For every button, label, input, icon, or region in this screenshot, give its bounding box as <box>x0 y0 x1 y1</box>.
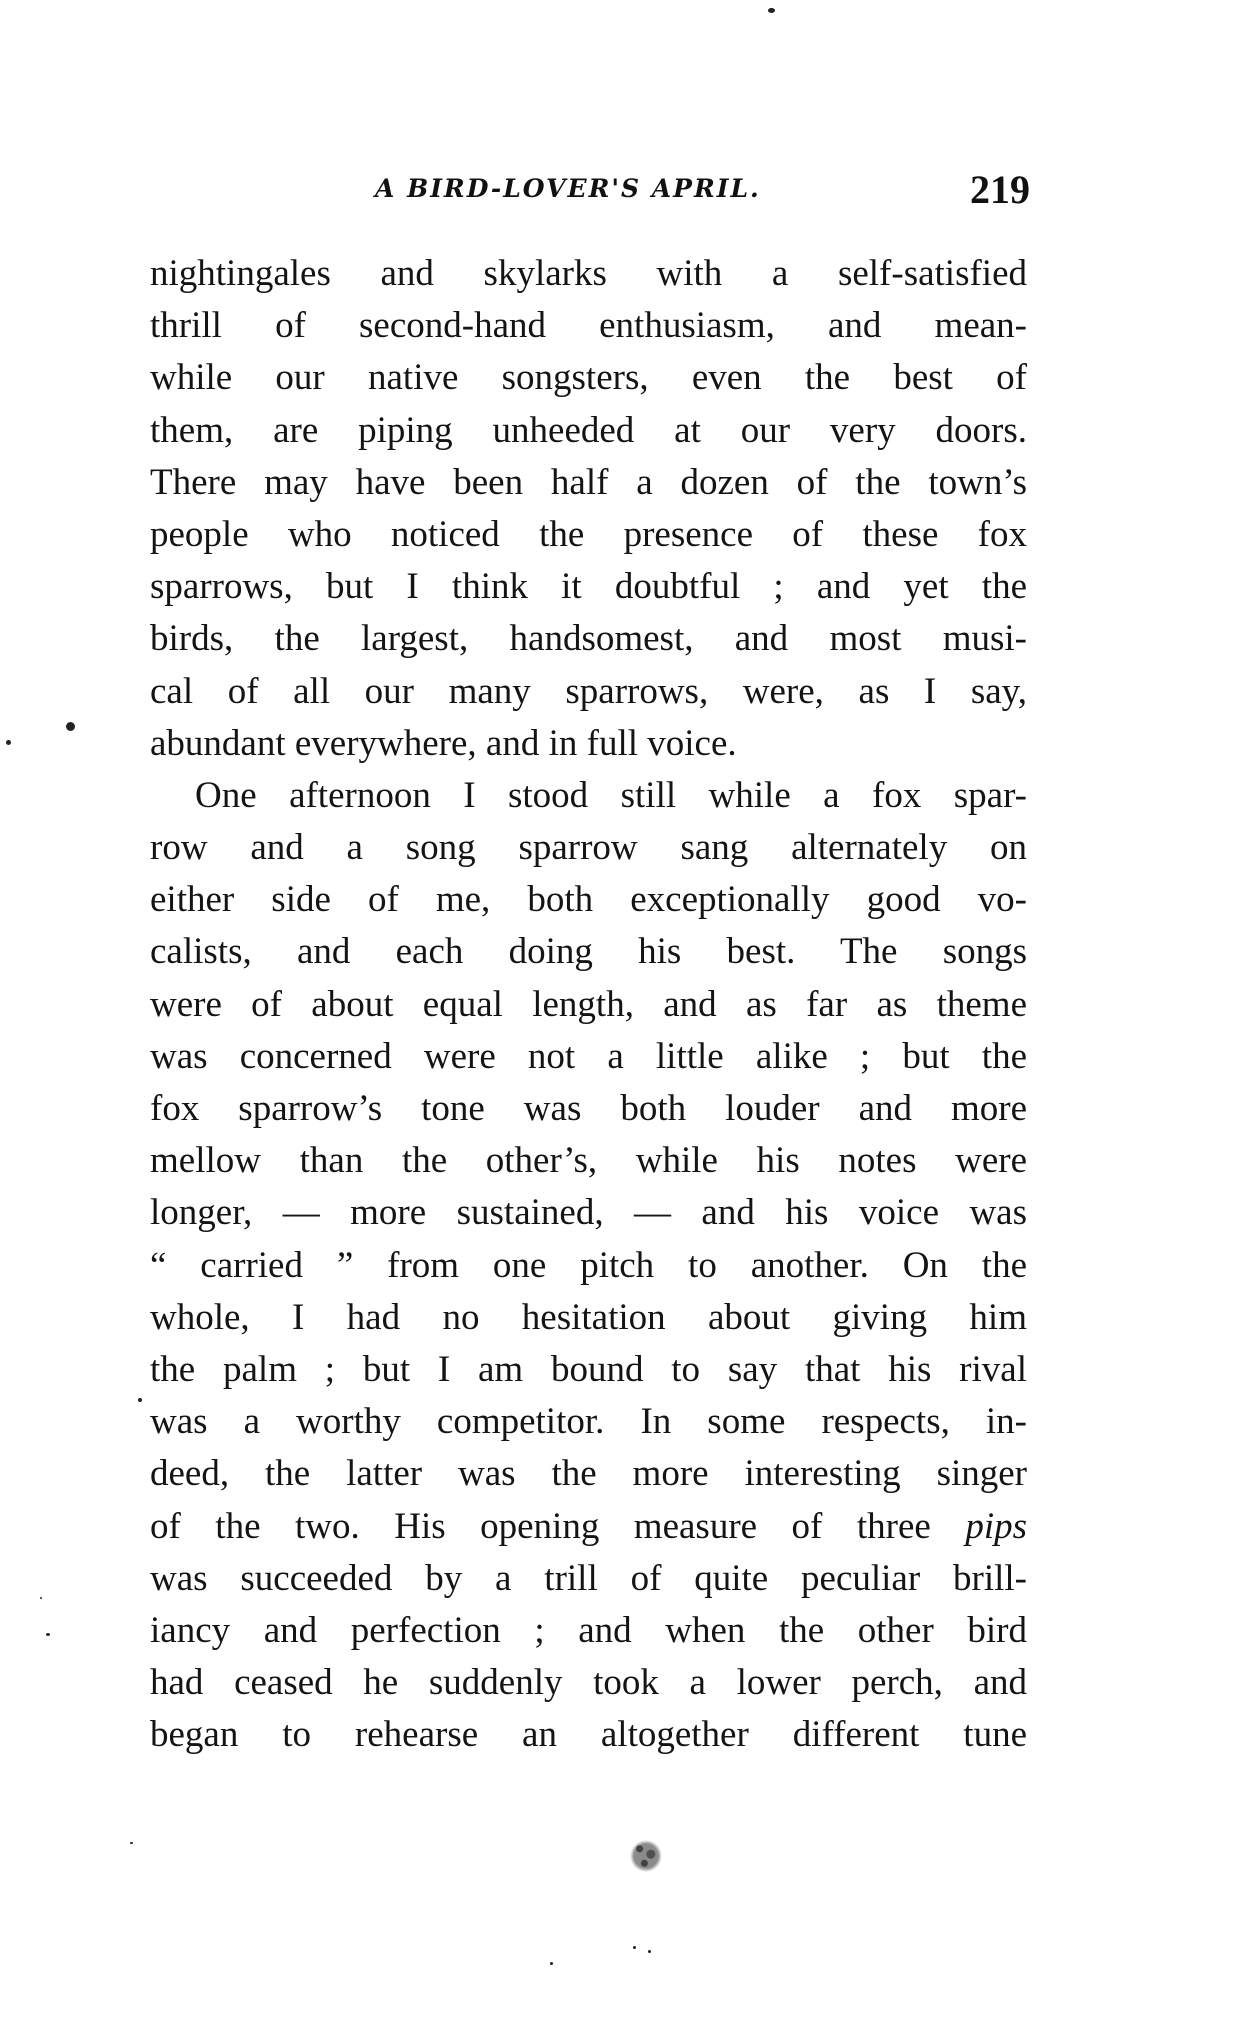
text-line: began to rehearse an altogether differen… <box>150 1709 1027 1761</box>
text-line: had ceased he suddenly took a lower perc… <box>150 1657 1027 1709</box>
text-line: while our native songsters, even the bes… <box>150 352 1027 404</box>
text-line: either side of me, both exceptionally go… <box>150 874 1027 926</box>
paragraph-end-line: abundant everywhere, and in full voice. <box>150 718 1027 770</box>
text-line: “ carried ” from one pitch to another. O… <box>150 1240 1027 1292</box>
text-line: birds, the largest, handsomest, and most… <box>150 613 1027 665</box>
scan-speck <box>130 1842 133 1844</box>
scan-speck <box>138 1398 142 1402</box>
scan-speck <box>648 1950 651 1953</box>
text-line: them, are piping unheeded at our very do… <box>150 405 1027 457</box>
text-line: row and a song sparrow sang alternately … <box>150 822 1027 874</box>
running-title: A BIRD-LOVER'S APRIL. <box>375 174 761 203</box>
scan-speck <box>6 740 11 745</box>
running-head: A BIRD-LOVER'S APRIL. 219 <box>150 168 1030 218</box>
scan-speck <box>633 1946 636 1949</box>
text-line: was concerned were not a little alike ; … <box>150 1031 1027 1083</box>
text-line: cal of all our many sparrows, were, as I… <box>150 666 1027 718</box>
text-line: nightingales and skylarks with a self-sa… <box>150 248 1027 300</box>
text-line: was a worthy competitor. In some respect… <box>150 1396 1027 1448</box>
text-line-with-italic: of the two. His opening measure of three… <box>150 1501 1027 1553</box>
text-line: iancy and perfection ; and when the othe… <box>150 1605 1027 1657</box>
text-line: mellow than the other’s, while his notes… <box>150 1135 1027 1187</box>
italic-word: pips <box>965 1506 1027 1547</box>
text-line: the palm ; but I am bound to say that hi… <box>150 1344 1027 1396</box>
text-line: There may have been half a dozen of the … <box>150 457 1027 509</box>
text-line: were of about equal length, and as far a… <box>150 979 1027 1031</box>
scan-speck <box>768 8 775 13</box>
text-segment: of the two. His opening measure of three <box>150 1506 931 1547</box>
scan-speck <box>66 722 75 731</box>
book-page: A BIRD-LOVER'S APRIL. 219 nightingales a… <box>0 0 1249 2025</box>
text-line: people who noticed the presence of these… <box>150 509 1027 561</box>
text-line: whole, I had no hesitation about giving … <box>150 1292 1027 1344</box>
ornament-icon <box>630 1838 662 1874</box>
text-line: deed, the latter was the more interestin… <box>150 1448 1027 1500</box>
text-line: fox sparrow’s tone was both louder and m… <box>150 1083 1027 1135</box>
text-line: calists, and each doing his best. The so… <box>150 926 1027 978</box>
text-line: longer, — more sustained, — and his voic… <box>150 1187 1027 1239</box>
page-number: 219 <box>970 166 1030 213</box>
text-line: thrill of second-hand enthusiasm, and me… <box>150 300 1027 352</box>
text-line: was succeeded by a trill of quite peculi… <box>150 1553 1027 1605</box>
scan-speck <box>46 1633 50 1636</box>
paragraph-start-line: One afternoon I stood still while a fox … <box>150 770 1027 822</box>
scan-speck <box>40 1597 42 1599</box>
body-text: nightingales and skylarks with a self-sa… <box>150 248 1027 1761</box>
text-line: sparrows, but I think it doubtful ; and … <box>150 561 1027 613</box>
scan-speck <box>550 1962 553 1965</box>
